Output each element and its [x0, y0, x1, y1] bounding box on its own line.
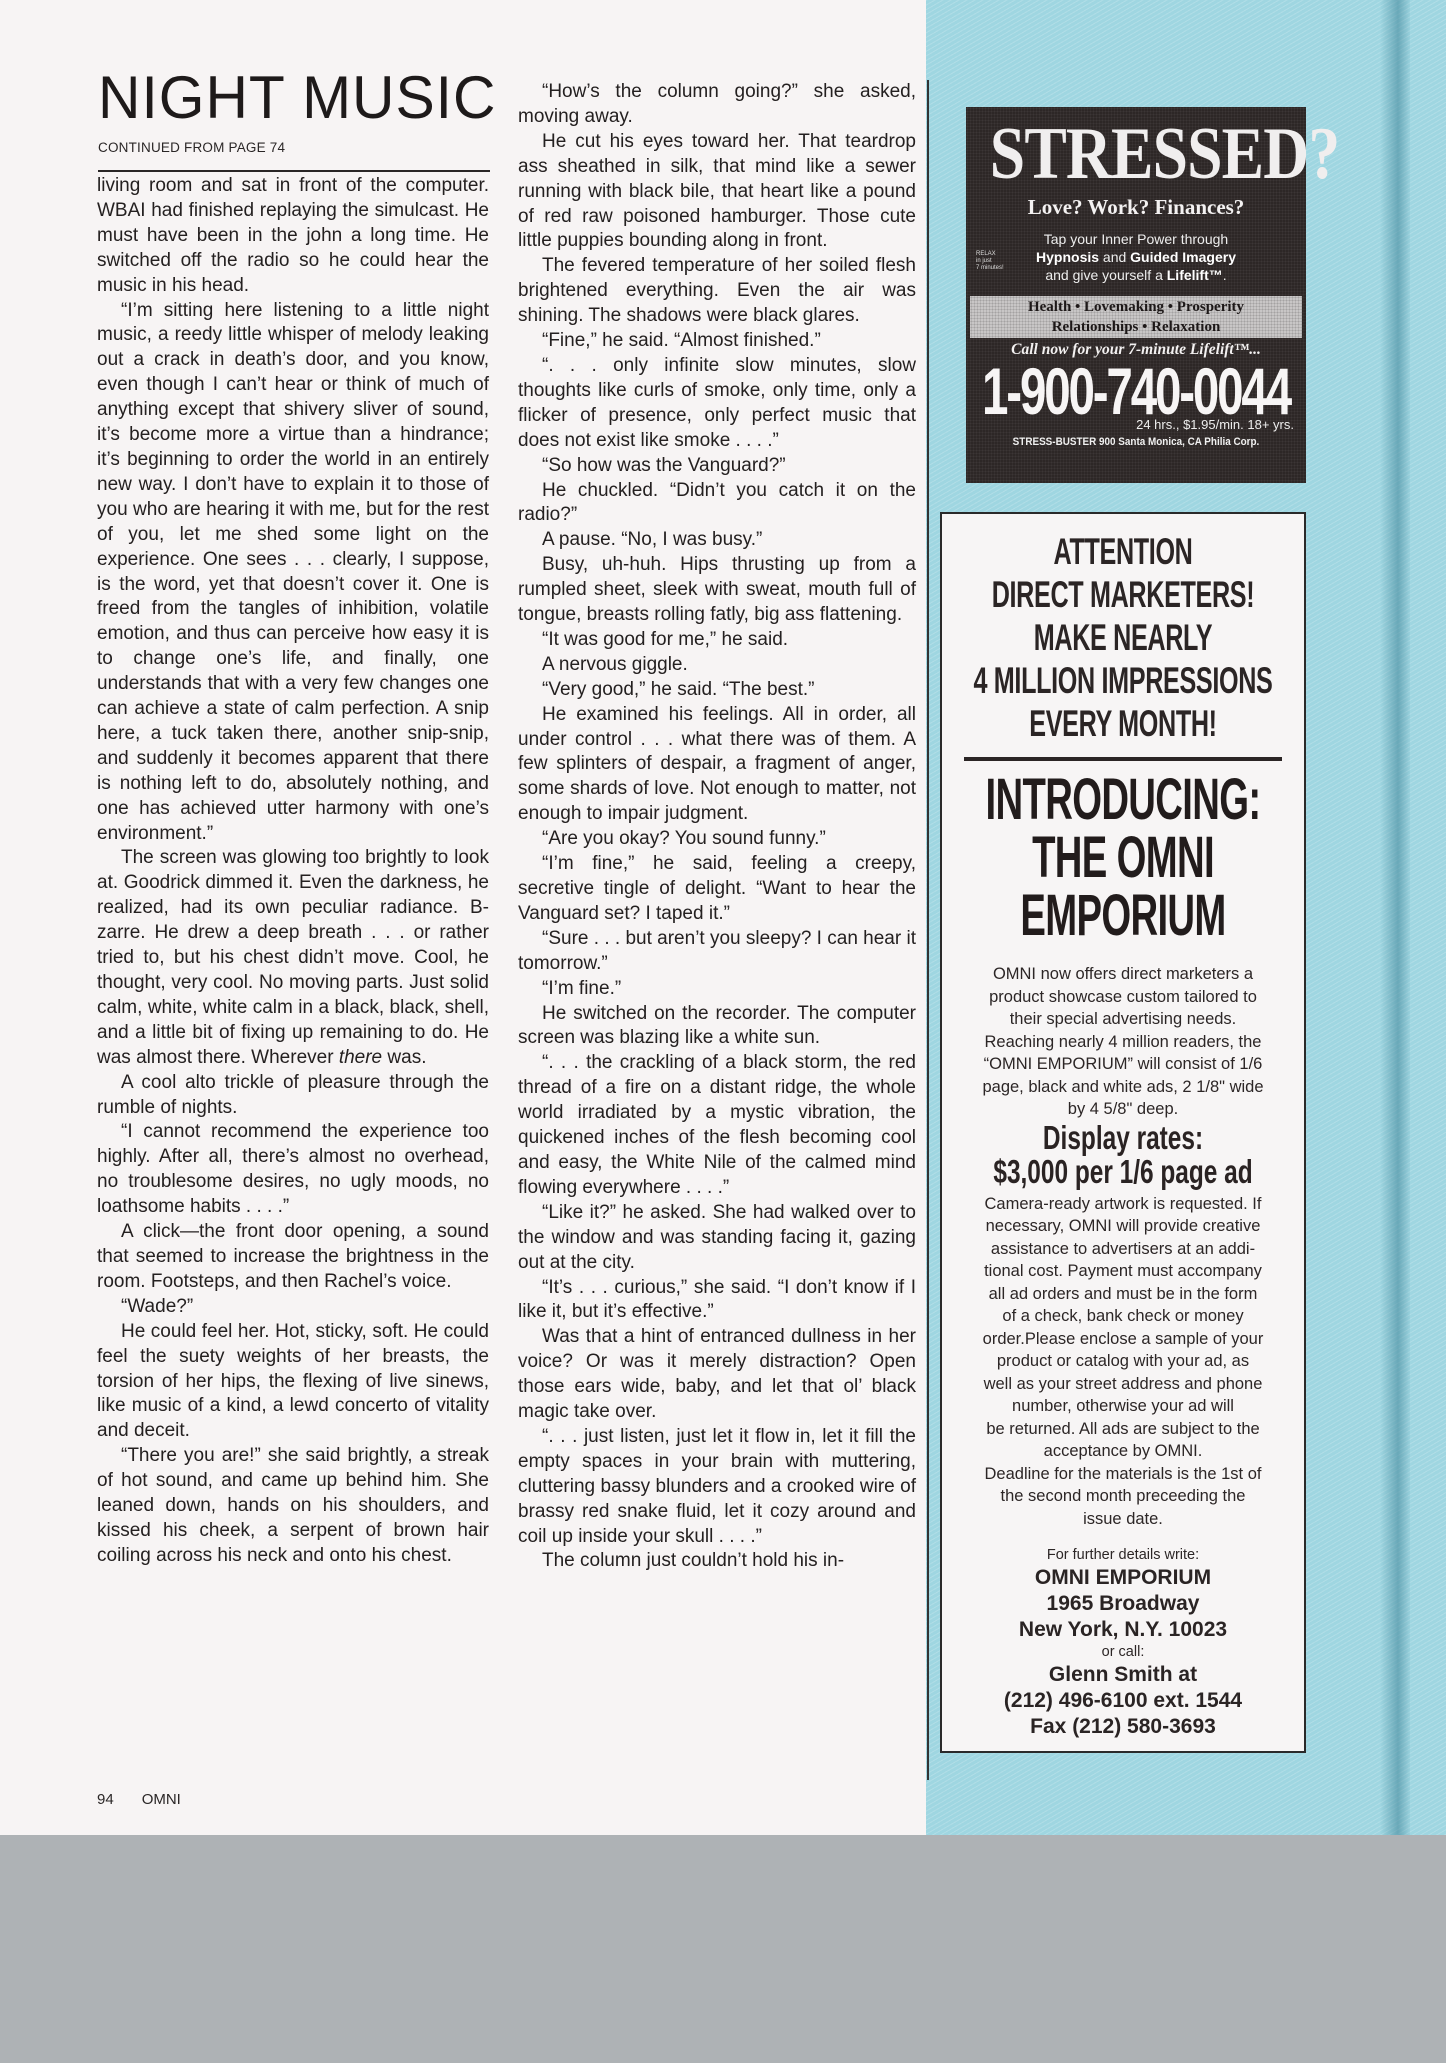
paragraph-text: “I’m fine,” he said, feeling a creepy, s… — [518, 853, 916, 924]
omni-emporium-ad: ATTENTIONDIRECT MARKETERS!MAKE NEARLY4 M… — [940, 512, 1306, 1753]
introducing-headline: INTRODUCING:THE OMNIEMPORIUM — [938, 771, 1309, 945]
attention-line: 4 MILLION IMPRESSIONS — [946, 659, 1301, 702]
paragraph-text: He chuckled. “Didn’t you catch it on the… — [518, 480, 916, 526]
article-paragraph: “How’s the column going?” she asked, mov… — [518, 80, 916, 130]
article-paragraph: “I’m fine,” he said, feeling a creepy, s… — [518, 852, 916, 927]
paragraph-text: living room and sat in front of the com­… — [97, 175, 489, 296]
pitch-bold: Guided Imagery — [1130, 249, 1236, 265]
body-line: page, black and white ads, 2 1/8" wide — [956, 1076, 1290, 1099]
paragraph-text: A click—the front door opening, a sound … — [97, 1221, 489, 1292]
paragraph-text: “Like it?” he asked. She had walked over… — [518, 1202, 916, 1273]
column-divider — [927, 80, 929, 1780]
paragraph-text: “I cannot recommend the experience too h… — [97, 1121, 489, 1217]
article-paragraph: A pause. “No, I was busy.” — [518, 528, 916, 553]
stressed-ad: STRESSED? Love? Work? Finances? RELAX in… — [966, 107, 1306, 483]
terms-line: order.Please enclose a sample of your — [956, 1328, 1290, 1351]
paragraph-text: A nervous giggle. — [542, 654, 688, 675]
terms-line: assistance to advertisers at an addi- — [956, 1238, 1290, 1261]
benefits-band: Health • Lovemaking • Prosperity Relatio… — [970, 296, 1302, 338]
benefits-line: Relationships • Relaxation — [970, 317, 1302, 337]
pitch-bold: Lifelift™ — [1167, 267, 1223, 283]
article-paragraph: “. . . only infinite slow minutes, slow … — [518, 354, 916, 454]
body-line: Reaching nearly 4 million readers, the — [956, 1031, 1290, 1054]
attention-line: DIRECT MARKETERS! — [946, 573, 1301, 616]
address-line: New York, N.Y. 10023 — [942, 1617, 1304, 1643]
body-line: “OMNI EMPORIUM” will consist of 1/6 — [956, 1053, 1290, 1076]
pitch-text: and give yourself a — [1045, 267, 1166, 283]
paragraph-text: was. — [382, 1047, 426, 1068]
terms-line: the second month preceeding the — [956, 1485, 1290, 1508]
paragraph-italic: there — [339, 1047, 382, 1068]
paragraph-text: The screen was glowing too brightly to l… — [97, 847, 489, 1067]
relax-note: RELAX in just 7 minutes! — [976, 251, 1004, 272]
paragraph-text: “. . . only infinite slow minutes, slow … — [518, 355, 916, 451]
paragraph-text: A pause. “No, I was busy.” — [542, 529, 762, 550]
write-label: For further details write: — [942, 1546, 1304, 1565]
article-paragraph: “I’m sitting here listening to a little … — [97, 299, 489, 847]
article-paragraph: “So how was the Vanguard?” — [518, 454, 916, 479]
paragraph-text: “Sure . . . but aren’t you sleepy? I can… — [518, 928, 916, 974]
article-paragraph: living room and sat in front of the com­… — [97, 174, 489, 299]
article-paragraph: “It was good for me,” he said. — [518, 628, 916, 653]
terms-line: Deadline for the materials is the 1st of — [956, 1463, 1290, 1486]
terms-line: tional cost. Payment must accompany — [956, 1260, 1290, 1283]
introducing-line: THE OMNI — [938, 829, 1309, 887]
terms-line: acceptance by OMNI. — [956, 1440, 1290, 1463]
contact-line: (212) 496-6100 ext. 1544 — [942, 1688, 1304, 1714]
article-paragraph: He chuckled. “Didn’t you catch it on the… — [518, 479, 916, 529]
phone-number: 1-900-740-0044 — [970, 361, 1301, 421]
paragraph-text: A cool alto trickle of pleasure through … — [97, 1072, 489, 1118]
article-paragraph: “I cannot recommend the experience too h… — [97, 1120, 489, 1220]
article-column-left: living room and sat in front of the com­… — [97, 174, 489, 1569]
page-number: 94 — [97, 1791, 114, 1808]
article-paragraph: The column just couldn’t hold his in- — [518, 1549, 916, 1574]
paragraph-text: “Wade?” — [121, 1296, 193, 1317]
attention-line: MAKE NEARLY — [946, 616, 1301, 659]
terms-line: product or catalog with your ad, as — [956, 1350, 1290, 1373]
paragraph-text: He examined his feelings. All in or­der,… — [518, 704, 916, 825]
ad-headline: STRESSED? — [990, 117, 1282, 191]
article-paragraph: “There you are!” she said brightly, a st… — [97, 1444, 489, 1569]
header-rule — [98, 170, 490, 172]
article-paragraph: Was that a hint of entranced dullness in… — [518, 1325, 916, 1425]
article-paragraph: A cool alto trickle of pleasure through … — [97, 1071, 489, 1121]
call-label: or call: — [942, 1643, 1304, 1662]
terms-line: issue date. — [956, 1508, 1290, 1531]
pitch-line: and give yourself a Lifelift™. — [966, 266, 1306, 284]
article-paragraph: “. . . just listen, just let it flow in,… — [518, 1425, 916, 1550]
body-line: product showcase custom tailored to — [956, 986, 1290, 1009]
article-paragraph: He cut his eyes toward her. That tear­dr… — [518, 130, 916, 255]
article-paragraph: “Wade?” — [97, 1295, 489, 1320]
article-paragraph: “Sure . . . but aren’t you sleepy? I can… — [518, 927, 916, 977]
display-rates-heading: Display rates: — [959, 1121, 1286, 1155]
article-paragraph: He could feel her. Hot, sticky, soft. He… — [97, 1320, 489, 1445]
paragraph-text: He cut his eyes toward her. That tear­dr… — [518, 131, 916, 252]
introducing-line: INTRODUCING: — [938, 771, 1309, 829]
relax-note-line: 7 minutes! — [976, 265, 1004, 272]
paragraph-text: “. . . the crackling of a black storm, t… — [518, 1052, 916, 1198]
paragraph-text: He switched on the recorder. The compute… — [518, 1003, 916, 1049]
contact-details: For further details write: OMNI EMPORIUM… — [942, 1546, 1304, 1740]
article-paragraph: Busy, uh-huh. Hips thrusting up from a r… — [518, 553, 916, 628]
benefits-line: Health • Lovemaking • Prosperity — [970, 297, 1302, 317]
continued-from: CONTINUED FROM PAGE 74 — [98, 140, 285, 155]
terms-line: well as your street address and phone — [956, 1373, 1290, 1396]
paragraph-text: “I’m fine.” — [542, 978, 621, 999]
article-paragraph: “Like it?” he asked. She had walked over… — [518, 1201, 916, 1276]
article-paragraph: “I’m fine.” — [518, 977, 916, 1002]
article-paragraph: “Very good,” he said. “The best.” — [518, 678, 916, 703]
contact-line: Fax (212) 580-3693 — [942, 1714, 1304, 1740]
terms-line: Camera-ready artwork is requested. If — [956, 1193, 1290, 1216]
attention-headline: ATTENTIONDIRECT MARKETERS!MAKE NEARLY4 M… — [946, 530, 1301, 745]
article-paragraph: “Fine,” he said. “Almost finished.” — [518, 329, 916, 354]
terms-line: necessary, OMNI will provide creative — [956, 1215, 1290, 1238]
attention-line: EVERY MONTH! — [946, 702, 1301, 745]
paragraph-text: “Very good,” he said. “The best.” — [542, 679, 814, 700]
paragraph-text: The fevered temperature of her soiled fl… — [518, 255, 916, 326]
article-paragraph: “It’s . . . curious,” she said. “I don’t… — [518, 1276, 916, 1326]
article-paragraph: “Are you okay? You sound funny.” — [518, 827, 916, 852]
ad-subhead: Love? Work? Finances? — [966, 195, 1306, 220]
pitch-line: Hypnosis and Guided Imagery — [966, 248, 1306, 266]
ad-body: OMNI now offers direct marketers aproduc… — [956, 963, 1290, 1121]
address-line: OMNI EMPORIUM — [942, 1565, 1304, 1591]
paragraph-text: Busy, uh-huh. Hips thrusting up from a r… — [518, 554, 916, 625]
ad-footer: STRESS-BUSTER 900 Santa Monica, CA Phili… — [983, 436, 1289, 448]
address-line: 1965 Broadway — [942, 1591, 1304, 1617]
body-line: by 4 5/8" deep. — [956, 1098, 1290, 1121]
ad-divider — [964, 757, 1282, 761]
terms-line: number, otherwise your ad will — [956, 1395, 1290, 1418]
folio: 94OMNI — [97, 1791, 209, 1808]
paragraph-text: “How’s the column going?” she asked, mov… — [518, 81, 916, 127]
article-column-middle: “How’s the column going?” she asked, mov… — [518, 80, 916, 1574]
contact-line: Glenn Smith at — [942, 1662, 1304, 1688]
terms-line: be returned. All ads are subject to the — [956, 1418, 1290, 1441]
paragraph-text: “So how was the Vanguard?” — [542, 455, 786, 476]
article-paragraph: A click—the front door opening, a sound … — [97, 1220, 489, 1295]
paragraph-text: The column just couldn’t hold his in- — [542, 1550, 844, 1571]
article-paragraph: He examined his feelings. All in or­der,… — [518, 703, 916, 828]
relax-note-line: RELAX — [976, 251, 1004, 258]
paragraph-text: “. . . just listen, just let it flow in,… — [518, 1426, 916, 1547]
paragraph-text: “There you are!” she said brightly, a st… — [97, 1445, 489, 1566]
pitch-bold: Hypnosis — [1036, 249, 1099, 265]
terms-line: of a check, bank check or money — [956, 1305, 1290, 1328]
scanner-background — [0, 1835, 1446, 2063]
article-paragraph: He switched on the recorder. The compute… — [518, 1002, 916, 1052]
pitch-text: and — [1099, 249, 1130, 265]
paragraph-text: “It’s . . . curious,” she said. “I don’t… — [518, 1277, 916, 1323]
magazine-name: OMNI — [142, 1791, 181, 1808]
article-paragraph: “. . . the crackling of a black storm, t… — [518, 1051, 916, 1200]
body-line: their special advertising needs. — [956, 1008, 1290, 1031]
body-line: OMNI now offers direct marketers a — [956, 963, 1290, 986]
paragraph-text: He could feel her. Hot, sticky, soft. He… — [97, 1321, 489, 1442]
relax-note-line: in just — [976, 258, 1004, 265]
article-title: NIGHT MUSIC — [98, 68, 496, 128]
pitch-line: Tap your Inner Power through — [966, 230, 1306, 248]
page-spine-shadow — [1380, 0, 1410, 1835]
paragraph-text: “Are you okay? You sound funny.” — [542, 828, 826, 849]
paragraph-text: “I’m sitting here listening to a little … — [97, 300, 489, 844]
paragraph-text: “It was good for me,” he said. — [542, 629, 788, 650]
ad-terms: Camera-ready artwork is requested. Ifnec… — [956, 1193, 1290, 1531]
article-paragraph: A nervous giggle. — [518, 653, 916, 678]
paragraph-text: “Fine,” he said. “Almost finished.” — [542, 330, 821, 351]
article-paragraph: The screen was glowing too brightly to l… — [97, 846, 489, 1070]
paragraph-text: Was that a hint of entranced dullness in… — [518, 1326, 916, 1422]
pitch-text: . — [1223, 267, 1227, 283]
introducing-line: EMPORIUM — [938, 887, 1309, 945]
article-paragraph: The fevered temperature of her soiled fl… — [518, 254, 916, 329]
display-rates-value: $3,000 per 1/6 page ad — [959, 1155, 1286, 1189]
terms-line: all ad orders and must be in the form — [956, 1283, 1290, 1306]
ad-pitch: Tap your Inner Power through Hypnosis an… — [966, 230, 1306, 284]
attention-line: ATTENTION — [946, 530, 1301, 573]
